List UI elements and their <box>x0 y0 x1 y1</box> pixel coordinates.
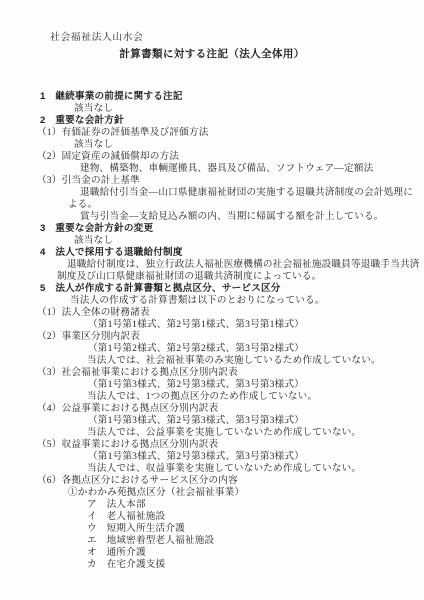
text-line: （3）社会福祉事業における拠点区分別内訳表 <box>0 367 424 379</box>
text-line: （4）公益事業における拠点区分別内訳表 <box>0 403 424 415</box>
document-page: 社会福祉法人山水会 計算書類に対する注記（法人全体用） 1 継続事業の前提に関す… <box>0 0 424 600</box>
text-line: （3）引当金の計上基準 <box>0 175 424 187</box>
text-line: （2）事業区分別内訳表 <box>0 331 424 343</box>
text-line: 当法人では、1つの拠点区分のため作成していない。 <box>0 391 424 403</box>
text-line: （第1号第3様式、第2号第3様式、第3号第3様式） <box>0 379 424 391</box>
text-line: 当法人では、収益事業を実施していないため作成していない。 <box>0 463 424 475</box>
text-line: 建物、構築物、車輌運搬具、器具及び備品、ソフトウェア―定額法 <box>0 163 424 175</box>
section-heading: 3 重要な会計方針の変更 <box>0 223 424 235</box>
section-heading: 2 重要な会計方針 <box>0 115 424 127</box>
text-line: （5）収益事業における拠点区分別内訳表 <box>0 439 424 451</box>
text-line: よる。 <box>0 199 424 211</box>
text-line: ウ 短期入所生活介護 <box>0 523 424 535</box>
text-line: 当法人では、公益事業を実施していないため作成していない。 <box>0 427 424 439</box>
text-line: （6）各拠点区分におけるサービス区分の内容 <box>0 475 424 487</box>
text-line: 退職給付制度は、独立行政法人福祉医療機構の社会福祉施設職員等退職手当共済 <box>0 259 424 271</box>
text-line: （第1号第3様式、第2号第3様式、第3号第3様式） <box>0 451 424 463</box>
text-line: カ 在宅介護支援 <box>0 559 424 571</box>
text-line: （第1号第1様式、第2号第1様式、第3号第1様式） <box>0 319 424 331</box>
text-line: 賞与引当金―支給見込み額の内、当期に帰属する額を計上している。 <box>0 211 424 223</box>
text-line: エ 地域密着型老人福祉施設 <box>0 535 424 547</box>
text-line: ア 法人本部 <box>0 499 424 511</box>
text-line: 当法人では、社会福祉事業のみ実施しているため作成していない。 <box>0 355 424 367</box>
text-line: 該当なし <box>0 103 424 115</box>
section-heading: 4 法人で採用する退職給付制度 <box>0 247 424 259</box>
text-line: （1）有価証券の評価基準及び評価方法 <box>0 127 424 139</box>
section-heading: 1 継続事業の前提に関する注記 <box>0 91 424 103</box>
document-body: 1 継続事業の前提に関する注記該当なし2 重要な会計方針（1）有価証券の評価基準… <box>0 91 424 571</box>
text-line: （第1号第3様式、第2号第3様式、第3号第3様式） <box>0 415 424 427</box>
text-line: 当法人の作成する計算書類は以下のとおりになっている。 <box>0 295 424 307</box>
text-line: 制度及び山口県健康福祉財団の退職共済制度によっている。 <box>0 271 424 283</box>
text-line: （1）法人全体の財務諸表 <box>0 307 424 319</box>
text-line: イ 老人福祉施設 <box>0 511 424 523</box>
text-line: （2）固定資産の減価償却の方法 <box>0 151 424 163</box>
text-line: オ 通所介護 <box>0 547 424 559</box>
document-title: 計算書類に対する注記（法人全体用） <box>0 46 424 61</box>
company-name: 社会福祉法人山水会 <box>50 29 144 43</box>
text-line: 該当なし <box>0 235 424 247</box>
section-heading: 5 法人が作成する計算書類と拠点区分、サービス区分 <box>0 283 424 295</box>
text-line: 退職給付引当金―山口県健康福祉財団の実施する退職共済制度の会計処理に <box>0 187 424 199</box>
text-line: ①かわかみ苑拠点区分（社会福祉事業） <box>0 487 424 499</box>
text-line: 該当なし <box>0 139 424 151</box>
text-line: （第1号第2様式、第2号第2様式、第3号第2様式） <box>0 343 424 355</box>
